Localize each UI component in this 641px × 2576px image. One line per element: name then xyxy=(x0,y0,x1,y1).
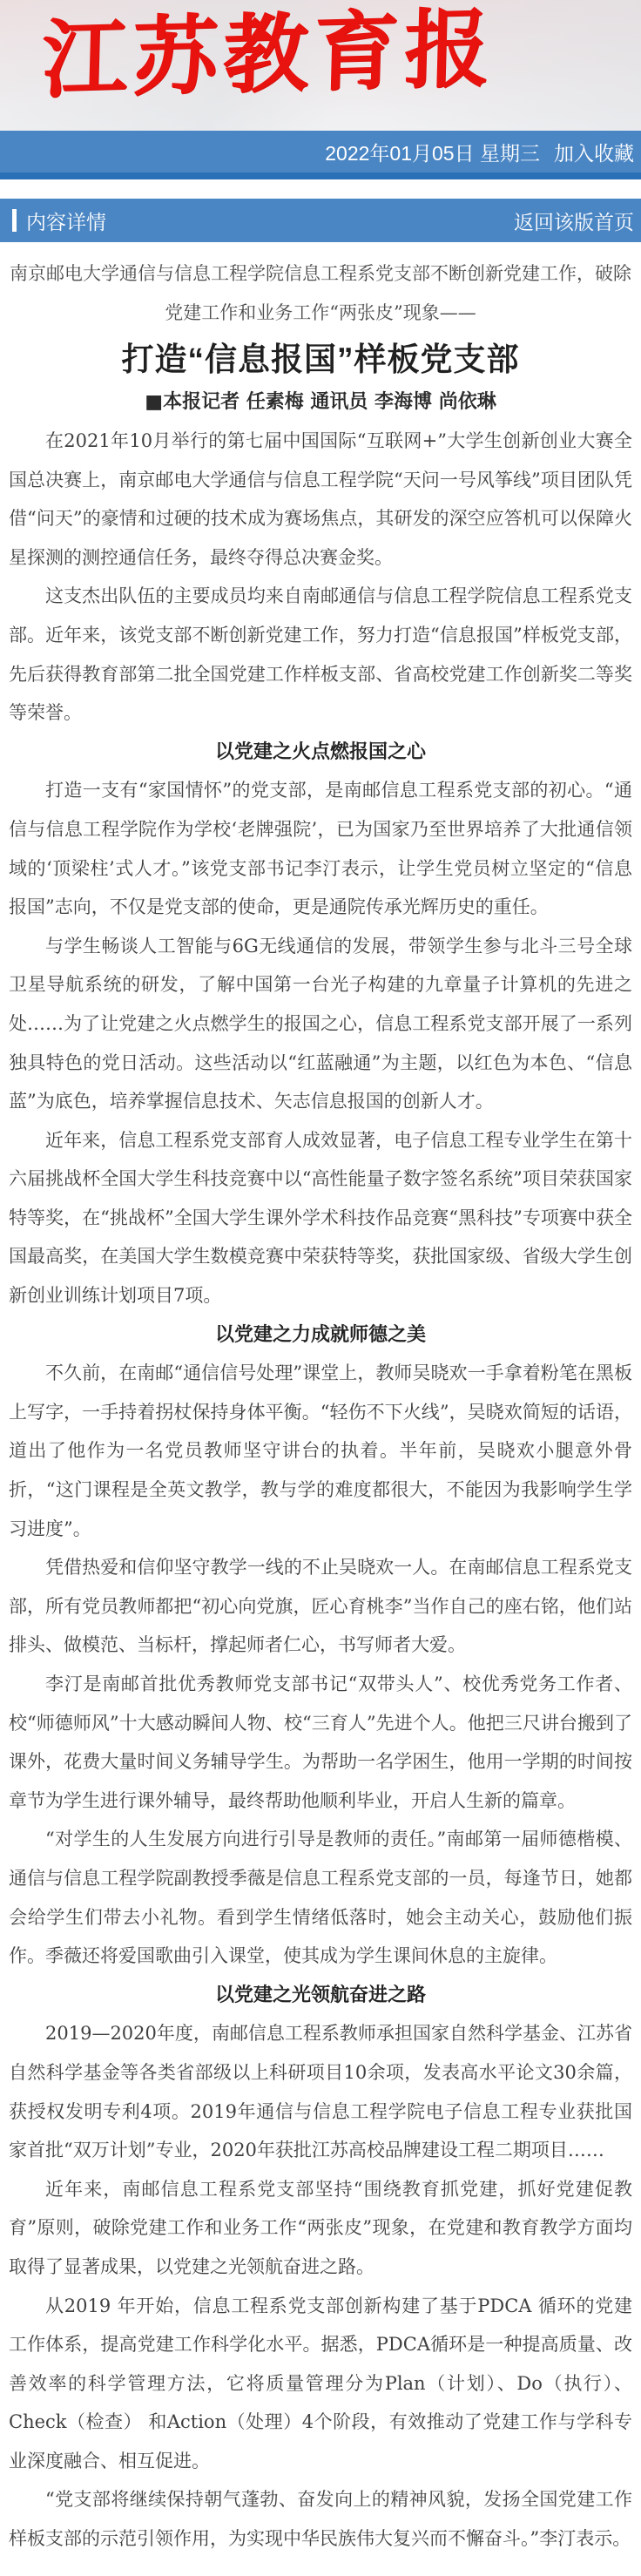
body-paragraph: 近年来，南邮信息工程系党支部坚持“围绕教育抓党建，抓好党建促教育”原则，破除党建… xyxy=(9,2170,632,2287)
body-paragraph: 在2021年10月举行的第七届中国国际“互联网+”大学生创新创业大赛全国总决赛上… xyxy=(9,422,632,577)
article-title: 打造“信息报国”样板党支部 xyxy=(9,338,632,382)
section-bar: 内容详情 返回该版首页 xyxy=(0,199,641,242)
masthead: 江苏教育报 xyxy=(0,0,641,131)
article-subtitle: 南京邮电大学通信与信息工程学院信息工程系党支部不断创新党建工作，破除党建工作和业… xyxy=(9,254,632,333)
newspaper-logo: 江苏教育报 xyxy=(41,0,496,112)
body-paragraph: 凭借热爱和信仰坚守教学一线的不止吴晓欢一人。在南邮信息工程系党支部，所有党员教师… xyxy=(9,1548,632,1665)
section-title: 内容详情 xyxy=(26,206,106,235)
date-bar: 2022年01月05日 星期三 加入收藏 xyxy=(0,131,641,172)
section-bar-left: 内容详情 xyxy=(12,206,106,235)
body-paragraph: 打造一支有“家国情怀”的党支部，是南邮信息工程系党支部的初心。“通信与信息工程学… xyxy=(9,771,632,926)
date-text: 2022年01月05日 星期三 xyxy=(325,138,540,166)
body-paragraph: 这支杰出队伍的主要成员均来自南邮通信与信息工程学院信息工程系党支部。近年来，该党… xyxy=(9,577,632,732)
article-byline: ■本报记者 任素梅 通讯员 李海博 尚依琳 xyxy=(9,382,632,422)
body-paragraph: “对学生的人生发展方向进行引导是教师的责任。”南邮第一届师德楷模、通信与信息工程… xyxy=(9,1820,632,1975)
divider-strip xyxy=(0,172,641,179)
body-paragraph: 近年来，信息工程系党支部育人成效显著，电子信息工程专业学生在第十六届挑战杯全国大… xyxy=(9,1121,632,1315)
add-favorite-link[interactable]: 加入收藏 xyxy=(554,138,634,166)
back-to-page-home-link[interactable]: 返回该版首页 xyxy=(514,206,634,235)
section-heading: 以党建之火点燃报国之心 xyxy=(9,733,632,772)
article-body: 在2021年10月举行的第七届中国国际“互联网+”大学生创新创业大赛全国总决赛上… xyxy=(9,422,632,2559)
section-heading: 以党建之光领航奋进之路 xyxy=(9,1976,632,2015)
body-paragraph: 从2019 年开始，信息工程系党支部创新构建了基于PDCA 循环的党建工作体系，… xyxy=(9,2287,632,2481)
page: 江苏教育报 2022年01月05日 星期三 加入收藏 内容详情 返回该版首页 南… xyxy=(0,0,641,2576)
article: 南京邮电大学通信与信息工程学院信息工程系党支部不断创新党建工作，破除党建工作和业… xyxy=(0,254,641,2576)
body-paragraph: 2019—2020年度，南邮信息工程系教师承担国家自然科学基金、江苏省自然科学基… xyxy=(9,2014,632,2169)
body-paragraph: 与学生畅谈人工智能与6G无线通信的发展，带领学生参与北斗三号全球卫星导航系统的研… xyxy=(9,927,632,1121)
body-paragraph: 李汀是南邮首批优秀教师党支部书记“双带头人”、校优秀党务工作者、校“师德师风”十… xyxy=(9,1665,632,1820)
section-heading: 以党建之力成就师德之美 xyxy=(9,1315,632,1355)
body-paragraph: 不久前，在南邮“通信信号处理”课堂上，教师吴晓欢一手拿着粉笔在黑板上写字，一手持… xyxy=(9,1354,632,1548)
section-marker-icon xyxy=(12,209,17,232)
body-paragraph: “党支部将继续保持朝气蓬勃、奋发向上的精神风貌，发扬全国党建工作样板支部的示范引… xyxy=(9,2480,632,2558)
